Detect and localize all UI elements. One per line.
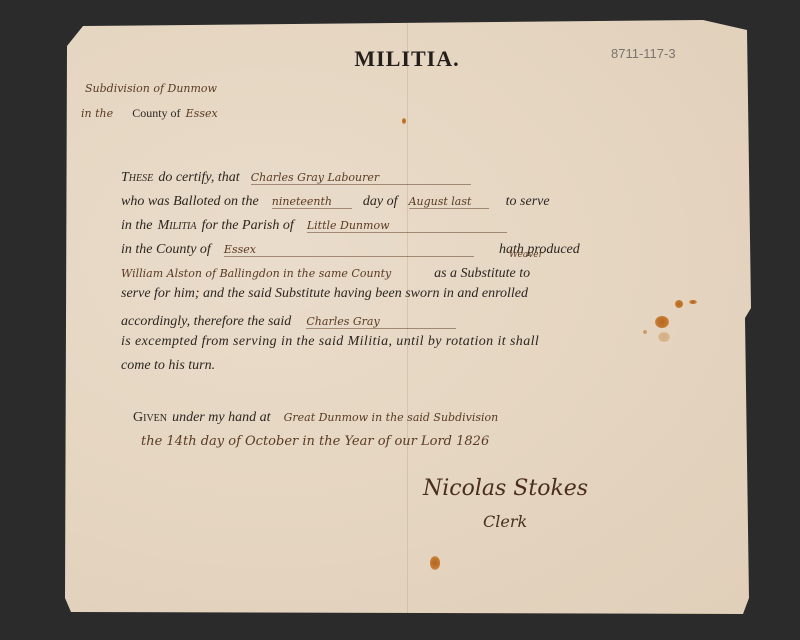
certify-text: do certify, that: [158, 170, 239, 185]
given-line: Given under my hand at Great Dunmow in t…: [133, 406, 498, 426]
body-line-3: in the Militia for the Parish of Little …: [121, 214, 507, 234]
stain-bottom: [430, 556, 440, 570]
militia-certificate-document: MILITIA. 8711-117-3 Subdivision of Dunmo…: [63, 18, 751, 614]
substitute-name: William Alston of Ballingdon in the same…: [121, 267, 429, 280]
in-the-text: in the: [121, 218, 153, 233]
county-header-prefix: in the: [81, 107, 113, 120]
county-header-printed: County of: [132, 106, 180, 120]
county-name: Essex: [224, 243, 474, 257]
subdivision-line: Subdivision of Dunmow: [85, 82, 217, 95]
to-serve-text: to serve: [506, 194, 550, 209]
stain-small: [675, 300, 683, 308]
body-line-7: accordingly, therefore the said Charles …: [121, 310, 456, 330]
balloted-person-name: Charles Gray Labourer: [251, 171, 471, 185]
signature-title: Clerk: [483, 512, 527, 531]
ballot-month: August last: [409, 195, 489, 209]
county-text: in the County of: [121, 242, 211, 257]
stain-dot: [643, 330, 647, 334]
county-header-hand: Essex: [186, 107, 218, 120]
body-line-1: These do certify, that Charles Gray Labo…: [121, 166, 471, 186]
stain-streak: [689, 300, 697, 304]
catalog-number: 8711-117-3: [611, 46, 676, 61]
balloted-text: who was Balloted on the: [121, 194, 259, 209]
ballot-day: nineteenth: [272, 195, 352, 209]
stain-top: [402, 118, 406, 124]
county-header-line: in the County of Essex: [81, 102, 218, 121]
these-word: These: [121, 170, 153, 185]
under-my-hand-text: under my hand at: [172, 410, 270, 425]
occupation-insert: Weaver: [509, 250, 543, 260]
given-word: Given: [133, 410, 167, 425]
signature-name: Nicolas Stokes: [423, 476, 588, 501]
stain-faded: [658, 332, 670, 342]
as-substitute-text: as a Substitute to: [434, 266, 530, 281]
body-line-2: who was Balloted on the nineteenth day o…: [121, 190, 550, 210]
body-line-9: come to his turn.: [121, 358, 215, 374]
body-line-6: serve for him; and the said Substitute h…: [121, 286, 528, 302]
given-date: the 14th day of October in the Year of o…: [141, 434, 489, 449]
day-of-text: day of: [363, 194, 398, 209]
militia-word: Militia: [158, 218, 197, 233]
therefore-text: accordingly, therefore the said: [121, 314, 291, 329]
given-place: Great Dunmow in the said Subdivision: [284, 411, 499, 424]
body-line-5: William Alston of Ballingdon in the same…: [121, 262, 530, 282]
parish-name: Little Dunmow: [307, 219, 507, 233]
parish-text: for the Parish of: [202, 218, 294, 233]
exempted-person-name: Charles Gray: [306, 315, 456, 329]
stain-large: [655, 316, 669, 328]
body-line-8: is excempted from serving in the said Mi…: [121, 334, 539, 350]
